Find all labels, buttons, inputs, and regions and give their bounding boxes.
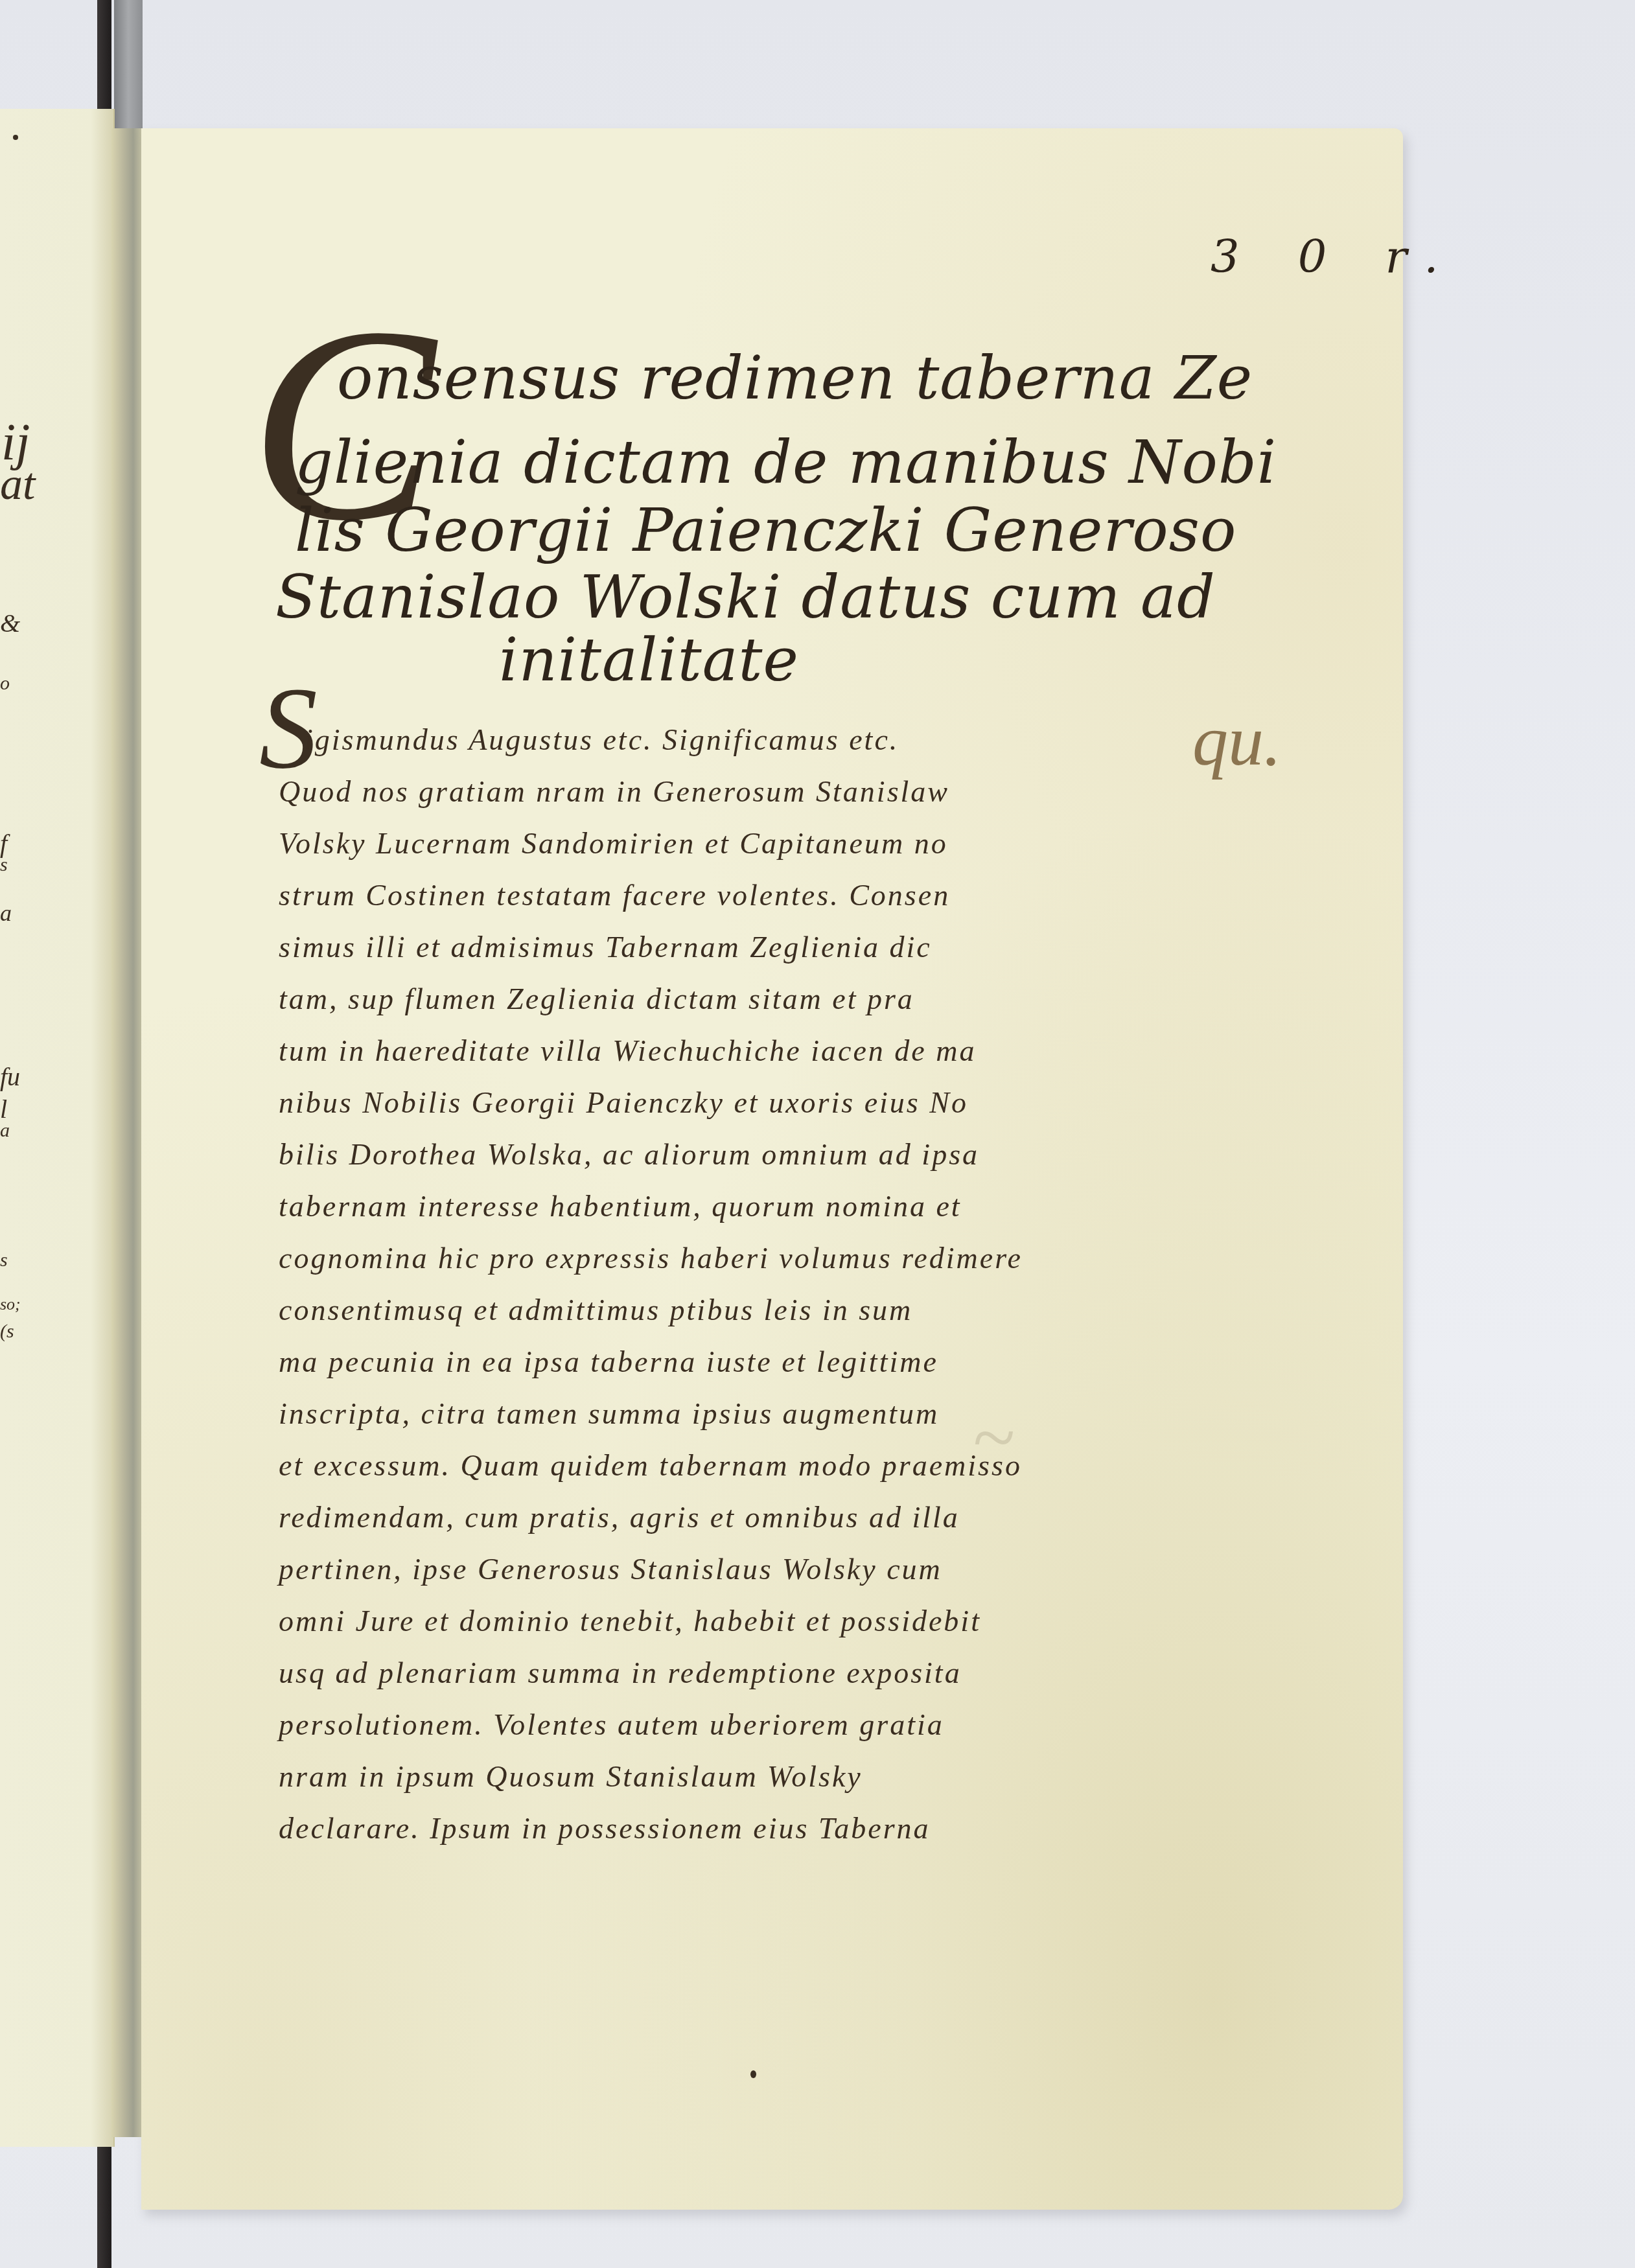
body-line: Volsky Lucernam Sandomirien et Capitaneu… bbox=[279, 826, 948, 861]
rubric-line: Stanislao Wolski datus cum ad bbox=[275, 562, 1216, 632]
left-fragment: (s bbox=[0, 1321, 14, 1343]
body-line: cognomina hic pro expressis haberi volum… bbox=[279, 1241, 1023, 1275]
folio-number: 3 0 r. bbox=[1211, 230, 1461, 283]
page-gutter bbox=[111, 128, 143, 2137]
left-fragment: a bbox=[0, 1120, 10, 1142]
ink-spot bbox=[13, 135, 18, 140]
left-fragment: so; bbox=[0, 1295, 21, 1314]
body-line: persolutionem. Volentes autem uberiorem … bbox=[279, 1707, 944, 1742]
margin-note: qu. bbox=[1192, 700, 1282, 782]
body-line: ma pecunia in ea ipsa taberna iuste et l… bbox=[279, 1345, 938, 1379]
body-line: tabernam interesse habentium, quorum nom… bbox=[279, 1189, 962, 1223]
body-line: strum Costinen testatam facere volentes.… bbox=[279, 878, 950, 912]
body-line: declarare. Ipsum in possessionem eius Ta… bbox=[279, 1811, 931, 1846]
rubric-line: onsensus redimen taberna Ze bbox=[337, 343, 1253, 413]
left-page-edge: ij at & o f s a fu l a s so; (s bbox=[0, 109, 115, 2147]
body-line: inscripta, citra tamen summa ipsius augm… bbox=[279, 1396, 939, 1431]
rubric-line: initalitate bbox=[499, 625, 799, 695]
body-line: tam, sup flumen Zeglienia dictam sitam e… bbox=[279, 982, 914, 1016]
ink-spot bbox=[750, 2070, 756, 2078]
left-fragment: o bbox=[0, 673, 10, 695]
body-line: redimendam, cum pratis, agris et omnibus… bbox=[279, 1500, 960, 1534]
body-line: consentimusq et admittimus ptibus leis i… bbox=[279, 1293, 912, 1327]
body-line: igismundus Augustus etc. Significamus et… bbox=[305, 723, 899, 757]
left-fragment: a bbox=[0, 899, 12, 927]
body-line: simus illi et admisimus Tabernam Zeglien… bbox=[279, 930, 932, 964]
body-line: Quod nos gratiam nram in Generosum Stani… bbox=[279, 774, 949, 809]
binding-strap bbox=[114, 0, 143, 130]
body-line: et excessum. Quam quidem tabernam modo p… bbox=[279, 1448, 1022, 1483]
left-fragment: s bbox=[0, 1249, 8, 1271]
left-fragment: & bbox=[0, 608, 20, 638]
left-fragment: s bbox=[0, 854, 8, 876]
rubric-line: glienia dictam de manibus Nobi bbox=[295, 428, 1277, 497]
body-line: nibus Nobilis Georgii Paienczky et uxori… bbox=[279, 1085, 968, 1120]
left-fragment: at bbox=[0, 459, 35, 511]
body-line: omni Jure et dominio tenebit, habebit et… bbox=[279, 1604, 981, 1638]
body-line: bilis Dorothea Wolska, ac aliorum omnium… bbox=[279, 1137, 979, 1172]
body-line: nram in ipsum Quosum Stanislaum Wolsky bbox=[279, 1759, 863, 1794]
left-fragment: fu bbox=[0, 1061, 20, 1092]
body-line: tum in haereditate villa Wiechuchiche ia… bbox=[279, 1034, 977, 1068]
body-line: usq ad plenariam summa in redemptione ex… bbox=[279, 1656, 962, 1690]
body-line: pertinen, ipse Generosus Stanislaus Wols… bbox=[279, 1552, 942, 1586]
rubric-line: lis Georgii Paienczki Generoso bbox=[295, 496, 1236, 565]
